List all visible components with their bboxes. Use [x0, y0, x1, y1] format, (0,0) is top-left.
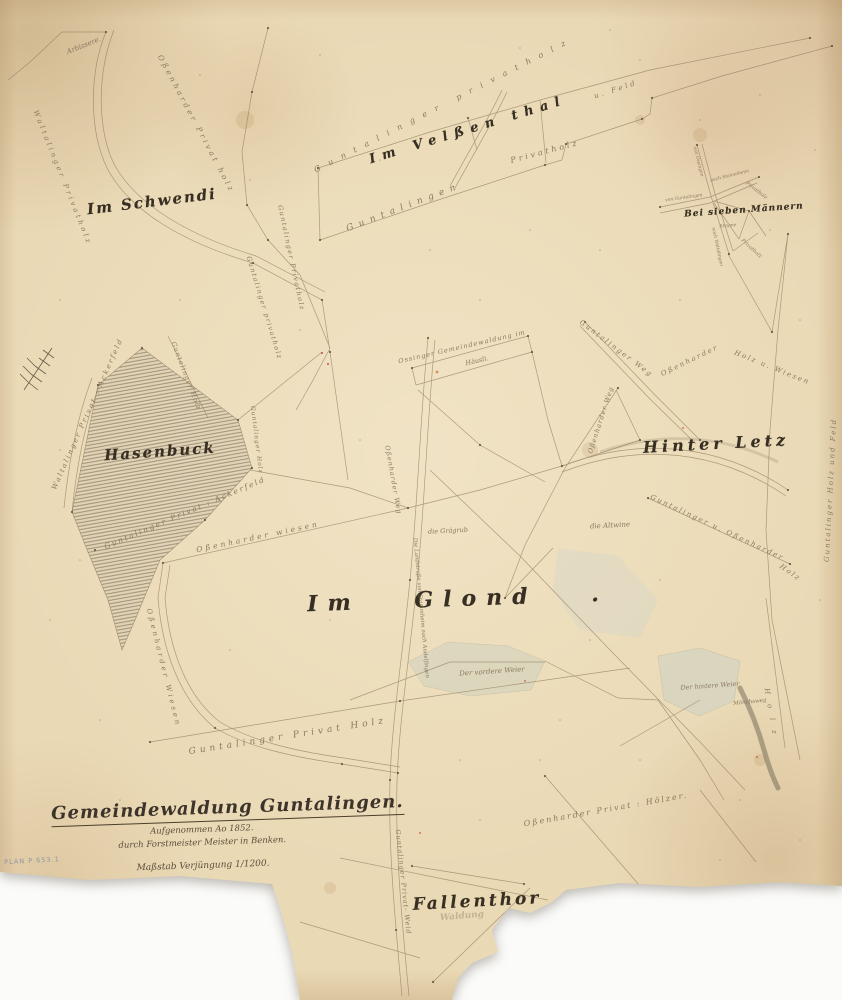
map-label-oßenharder-privat-hölzer: Oßenharder Privat : Hölzer. [523, 792, 688, 829]
map-label-der-hintere-weier: Der hintere Weier [680, 681, 740, 692]
map-label-von-ossingen: von Ossingen [691, 147, 703, 178]
map-label-waldung: Waldung [440, 911, 485, 924]
map-label-holz: Holz [763, 688, 780, 745]
map-label-hasenbuck: Hasenbuck [104, 441, 216, 464]
map-label-häusli: Häusli. [465, 355, 489, 367]
map-label-oßenharder-privat-holz: Oßenharder Privat holz [156, 54, 236, 195]
map-label-guntalingen: Guntalingen [345, 182, 462, 234]
aged-map-paper: Im SchwendiIm Velßen thalBei sieben Männ… [0, 0, 842, 1000]
map-label-arbissere: Arbissere. [66, 36, 102, 56]
map-scan-page: Im SchwendiIm Velßen thalBei sieben Männ… [0, 0, 842, 1000]
map-label-privatholz: Privatholz [740, 239, 762, 260]
map-label-nach-stammheim: nach Stammheim [710, 170, 750, 184]
map-label-holz-u-wiesen: Holz u. Wiesen [733, 350, 811, 387]
paper-shadow-wrap: Im SchwendiIm Velßen thalBei sieben Männ… [0, 0, 842, 1000]
map-label-die-altwine: die Altwine [590, 521, 630, 530]
map-label-mönchsweg: Mönchsweg [733, 699, 767, 708]
map-label-gunt: Gunt [482, 971, 497, 985]
map-label-oßenharder-wiesen: Oßenharder Wiesen [145, 608, 181, 728]
map-label-u-feld: u. Feld [593, 80, 638, 101]
map-label-guntalinger-holz-und-feld: Guntalinger Holz und Feld [824, 418, 839, 562]
map-label-guntalinger-privat-holz: Guntalinger Privat Holz [188, 717, 388, 757]
title-block: Gemeindewaldung Guntalingen. Aufgenommen… [51, 793, 353, 876]
map-label-guntalinger-weg: Guntalinger Weg [578, 319, 654, 379]
map-label-bei-sieben-männern: Bei sieben Männern [684, 202, 804, 219]
map-label-waltalinger-privatholz: Waltalinger Privatholz [32, 109, 93, 246]
map-label-oßenharder: Oßenharder [660, 344, 720, 378]
map-label-guntalinger-holz: Guntalinger Holz [249, 406, 263, 475]
map-label-ossinger-gemeindewaldung-im: Ossinger Gemeindewaldung im [398, 329, 526, 365]
map-label-von-guntalingen: von Guntalingen [665, 194, 703, 204]
map-label-der-vordere-weier: Der vordere Weier [459, 666, 525, 678]
map-label-nach-waltalingen: nach Waltalingen [710, 227, 723, 267]
map-label-guntalinger-privat-weid: Guntalinger Privat- Weid [394, 829, 412, 935]
map-label-privatholz: Privatholz [744, 181, 767, 201]
map-label-im-schwendi: Im Schwendi [86, 187, 217, 218]
map-label-guntalinger-u-oßenharder: Guntalinger u. Oßenharder [649, 494, 785, 562]
map-label-hinter-letz: Hinter Letz [643, 432, 790, 456]
map-label-oßenharder-weg: Oßenharder Weg [587, 386, 615, 455]
map-label-oßenharder-weg: Oßenharder Weg [384, 445, 403, 515]
map-label-steyme: Steyme [719, 224, 736, 230]
map-label-guntalinger-privatholz: Guntalinger privatholz [245, 256, 283, 361]
map-label-privatholz: Privatholz [510, 139, 581, 165]
map-label-guntalinger-holz: Guntalinger Holz [170, 341, 202, 411]
map-label-waltalinger-privat-ackerfeld: Waltalinger Privat : Ackerfeld [51, 337, 125, 491]
map-label-guntalinger-privatholz: Guntalinger Privatholz [277, 205, 306, 312]
map-label-im-glond: Im Glond . [307, 583, 609, 616]
map-label-oßenharder-wiesen: Oßenharder wiesen [196, 520, 321, 554]
map-label-plan-p-653-1: PLAN P 653.1 [4, 856, 60, 865]
map-label-die-grägrub: die Grägrub [428, 527, 468, 536]
map-label-holz: Holz [778, 563, 802, 583]
